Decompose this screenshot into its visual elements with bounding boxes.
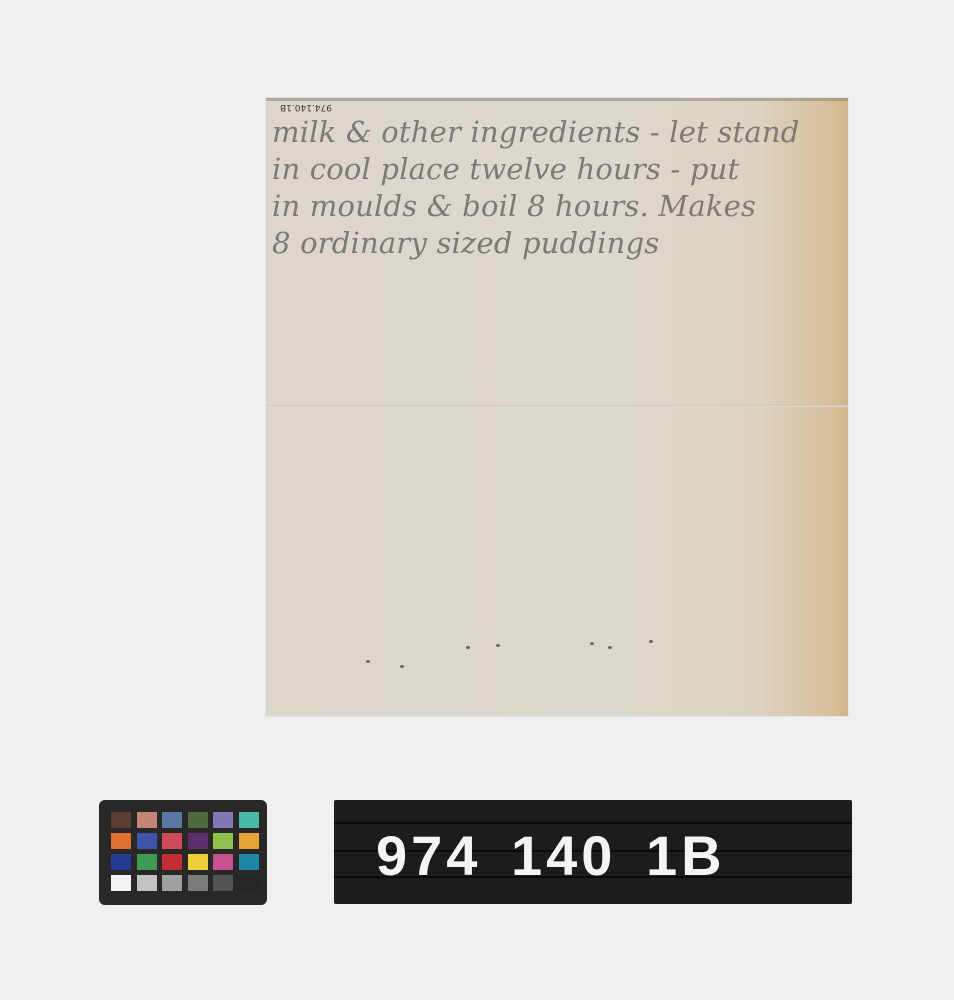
color-swatch (239, 854, 259, 870)
color-swatch-grid (111, 812, 259, 891)
color-swatch (111, 833, 131, 849)
color-swatch (213, 833, 233, 849)
color-swatch (239, 812, 259, 828)
color-swatch (213, 812, 233, 828)
accession-number-label: 974 140 1B (334, 800, 852, 904)
color-swatch (137, 875, 157, 891)
color-swatch (137, 854, 157, 870)
color-checker-card (99, 800, 267, 905)
color-swatch (188, 875, 208, 891)
accession-number-text: 974 140 1B (376, 826, 726, 886)
color-swatch (137, 812, 157, 828)
color-swatch (188, 812, 208, 828)
pin-holes (356, 638, 676, 678)
color-swatch (213, 875, 233, 891)
color-swatch (239, 875, 259, 891)
color-swatch (162, 875, 182, 891)
handwriting-line: 8 ordinary sized puddings (272, 225, 846, 262)
handwriting-line: in cool place twelve hours - put (272, 151, 846, 188)
color-swatch (137, 833, 157, 849)
color-swatch (188, 833, 208, 849)
color-swatch (239, 833, 259, 849)
accession-mark: 974.140.1B (280, 102, 332, 112)
color-swatch (162, 833, 182, 849)
color-swatch (162, 812, 182, 828)
color-swatch (213, 854, 233, 870)
color-swatch (162, 854, 182, 870)
paper-fold-line (266, 405, 848, 407)
color-swatch (111, 875, 131, 891)
handwriting-line: milk & other ingredients - let stand (272, 114, 846, 151)
handwritten-text: milk & other ingredients - let stand in … (272, 114, 846, 262)
color-swatch (111, 812, 131, 828)
color-swatch (111, 854, 131, 870)
handwritten-recipe-page: 974.140.1B milk & other ingredients - le… (266, 98, 848, 716)
color-swatch (188, 854, 208, 870)
handwriting-line: in moulds & boil 8 hours. Makes (272, 188, 846, 225)
